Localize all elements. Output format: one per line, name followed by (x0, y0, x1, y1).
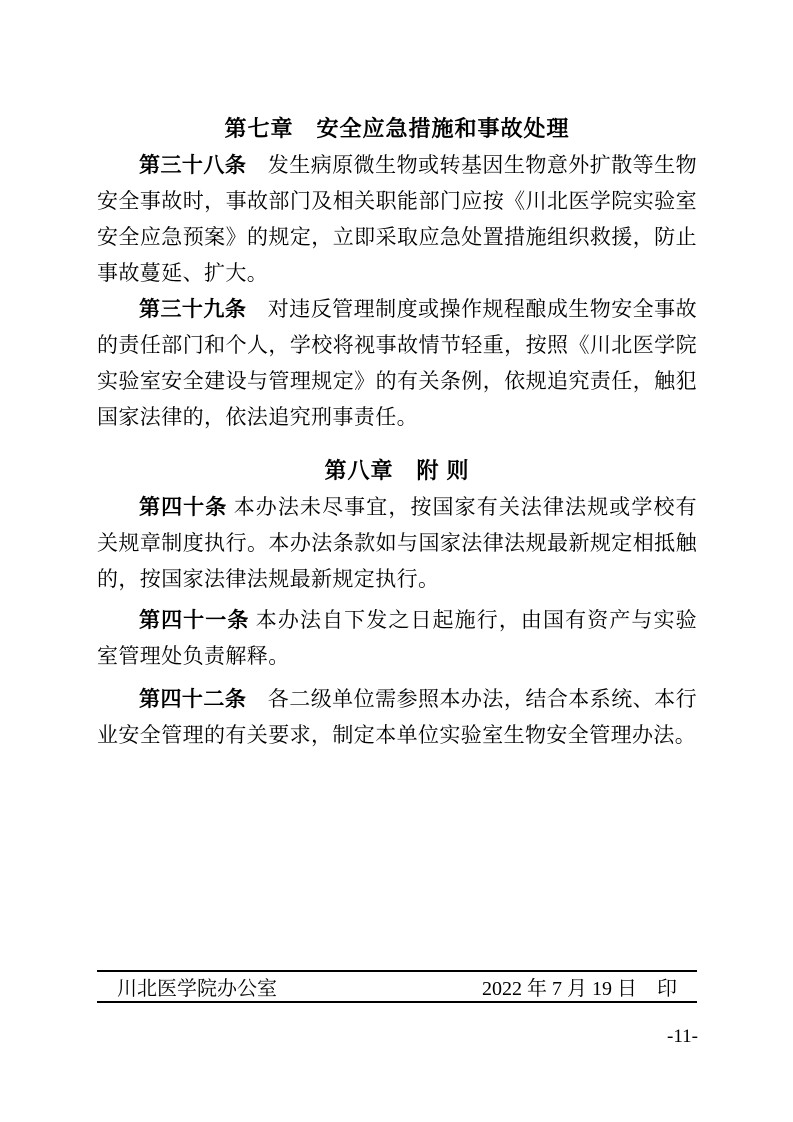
article-39-number: 第三十九条 (139, 297, 246, 321)
footer: 川北医学院办公室 2022 年 7 月 19 日 印 (97, 970, 697, 1003)
page-number: -11- (667, 1026, 698, 1048)
chapter-7-heading: 第七章 安全应急措施和事故处理 (97, 111, 697, 147)
article-42: 第四十二条 各二级单位需参照本办法，结合本系统、本行业安全管理的有关要求，制定本… (97, 681, 697, 753)
article-38-number: 第三十八条 (139, 153, 246, 177)
article-42-number: 第四十二条 (139, 687, 246, 711)
article-40-number: 第四十条 (139, 495, 227, 519)
footer-office-name: 川北医学院办公室 (117, 972, 277, 1001)
document-page: 第七章 安全应急措施和事故处理 第三十八条 发生病原微生物或转基因生物意外扩散等… (0, 0, 793, 1122)
footer-print-date: 2022 年 7 月 19 日 印 (482, 972, 677, 1001)
article-39: 第三十九条 对违反管理制度或操作规程酿成生物安全事故的责任部门和个人，学校将视事… (97, 291, 697, 435)
article-41: 第四十一条 本办法自下发之日起施行，由国有资产与实验室管理处负责解释。 (97, 602, 697, 674)
article-41-number: 第四十一条 (139, 608, 249, 632)
page-content: 第七章 安全应急措施和事故处理 第三十八条 发生病原微生物或转基因生物意外扩散等… (97, 111, 697, 753)
article-38: 第三十八条 发生病原微生物或转基因生物意外扩散等生物安全事故时，事故部门及相关职… (97, 147, 697, 291)
chapter-8-heading: 第八章 附 则 (97, 453, 697, 489)
article-40: 第四十条 本办法未尽事宜，按国家有关法律法规或学校有关规章制度执行。本办法条款如… (97, 489, 697, 597)
